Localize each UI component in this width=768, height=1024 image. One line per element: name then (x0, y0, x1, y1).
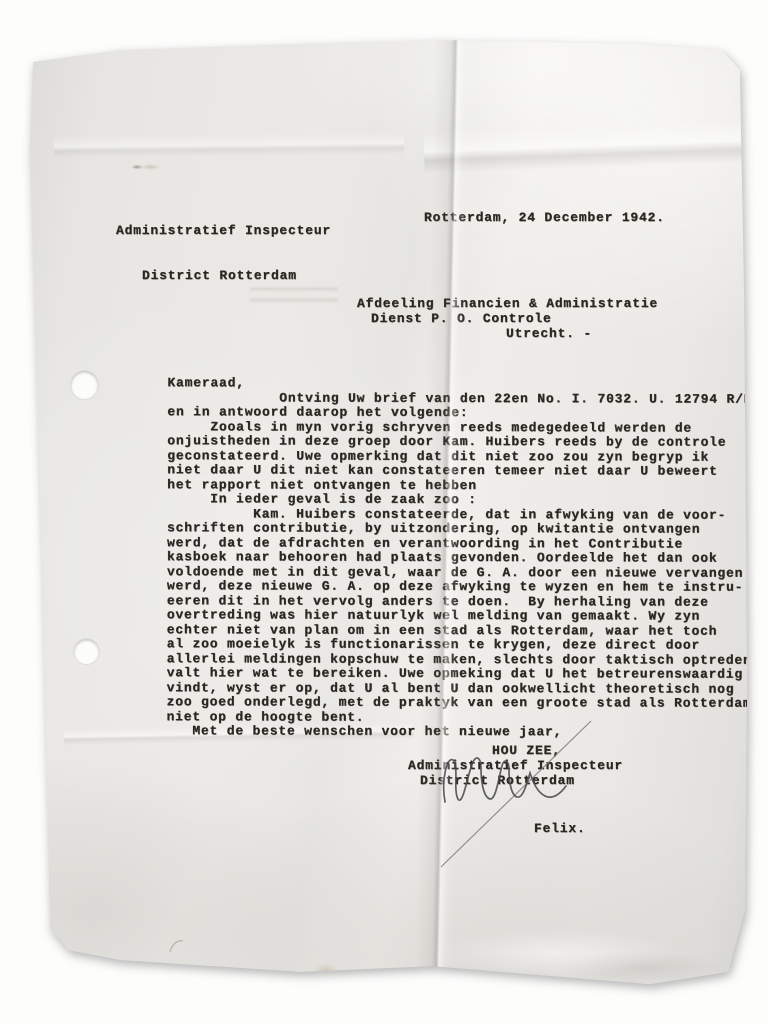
small-stain-bottom (314, 964, 338, 979)
punch-hole-top (71, 371, 98, 399)
scanned-letter-page: Administratief Inspecteur District Rotte… (0, 0, 768, 1024)
recipient-city: Utrecht. - (506, 326, 592, 341)
signed-name: Felix. (534, 821, 586, 836)
closing-title-line1: Administratief Inspecteur (408, 758, 623, 773)
letter-body: Kameraad, Ontving Uw brief van den 22en … (167, 376, 761, 740)
dateline: Rotterdam, 24 December 1942. (424, 210, 665, 225)
sender-title: Administratief Inspecteur (116, 223, 331, 238)
bottom-crumple (444, 918, 724, 988)
paper-shadow-wrap: Administratief Inspecteur District Rotte… (0, 0, 768, 1024)
top-right-fold-crease (423, 120, 754, 175)
letter-paper: Administratief Inspecteur District Rotte… (24, 38, 750, 988)
recipient-department: Afdeeling Financien & Administratie (357, 296, 658, 311)
punch-hole-bottom (74, 639, 99, 664)
sender-block: Administratief Inspecteur District Rotte… (116, 193, 331, 313)
sender-district: District Rotterdam (116, 268, 331, 283)
small-stain-top-left (128, 163, 160, 171)
closing-title-line2: District Rotterdam (420, 773, 575, 788)
closing-salute: HOU ZEE, (492, 743, 561, 758)
recipient-service: Dienst P. O. Controle (371, 311, 552, 326)
top-left-fold-crease (54, 132, 404, 158)
